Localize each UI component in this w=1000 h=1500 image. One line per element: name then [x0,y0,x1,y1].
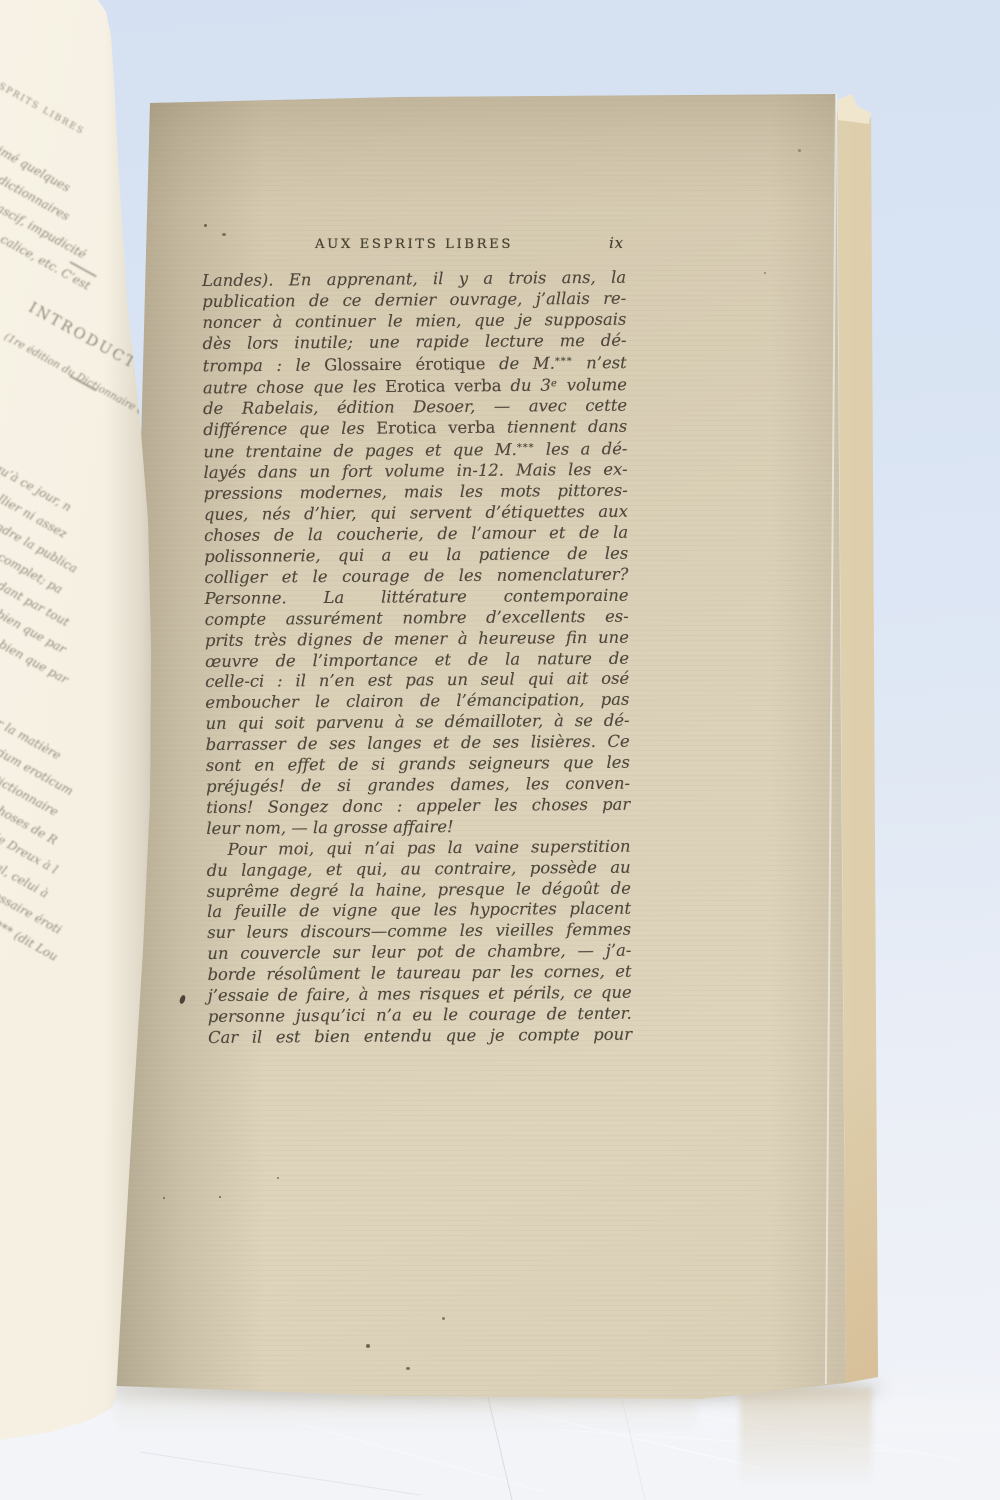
foxing-speck [222,233,226,236]
book-photo: AUX ESPRITS LIBRES ix Landes). En appren… [0,0,1000,1500]
foxing-speck [204,224,207,227]
text-line: trompa : le Glossaire érotique de M.*** … [203,351,627,377]
text-line: dès lors inutile; une rapide lecture me … [202,330,626,354]
text-line: Personne. La littérature contemporaine [204,586,628,610]
foxing-speck [163,1197,165,1199]
foxing-speck [764,272,766,274]
page-number: ix [609,236,624,252]
foxing-speck [219,1196,221,1198]
text-line: compte assurément nombre d’excellents es… [205,606,629,630]
running-head: AUX ESPRITS LIBRES ix [202,237,626,252]
foxing-speck [406,1367,410,1370]
foxing-speck [442,1317,445,1320]
paper-blemish [179,994,187,1004]
text-line: prits très dignes de mener à heureuse fi… [205,627,629,651]
foxing-speck [798,149,801,152]
page-reflection [740,1388,872,1488]
page-body-text: Landes). En apprenant, il y a trois ans,… [202,268,632,1049]
text-line: Car il est bien entendu que je compte po… [208,1025,632,1049]
text-line: Pour moi, qui n’ai pas la vaine supersti… [206,836,630,860]
text-line: du langage, et qui, au contraire, possèd… [207,857,631,881]
running-head-title: AUX ESPRITS LIBRES [315,237,513,252]
text-line: tions! Songez donc : appeler les choses … [206,795,630,819]
foxing-speck [366,1344,370,1348]
text-line: une trentaine de pages et que M.*** les … [203,438,627,464]
text-line: noncer à continuer le mien, que je suppo… [202,309,626,333]
foxing-speck [277,1177,279,1179]
text-line: autre chose que les Erotica verba du 3e … [203,374,627,400]
